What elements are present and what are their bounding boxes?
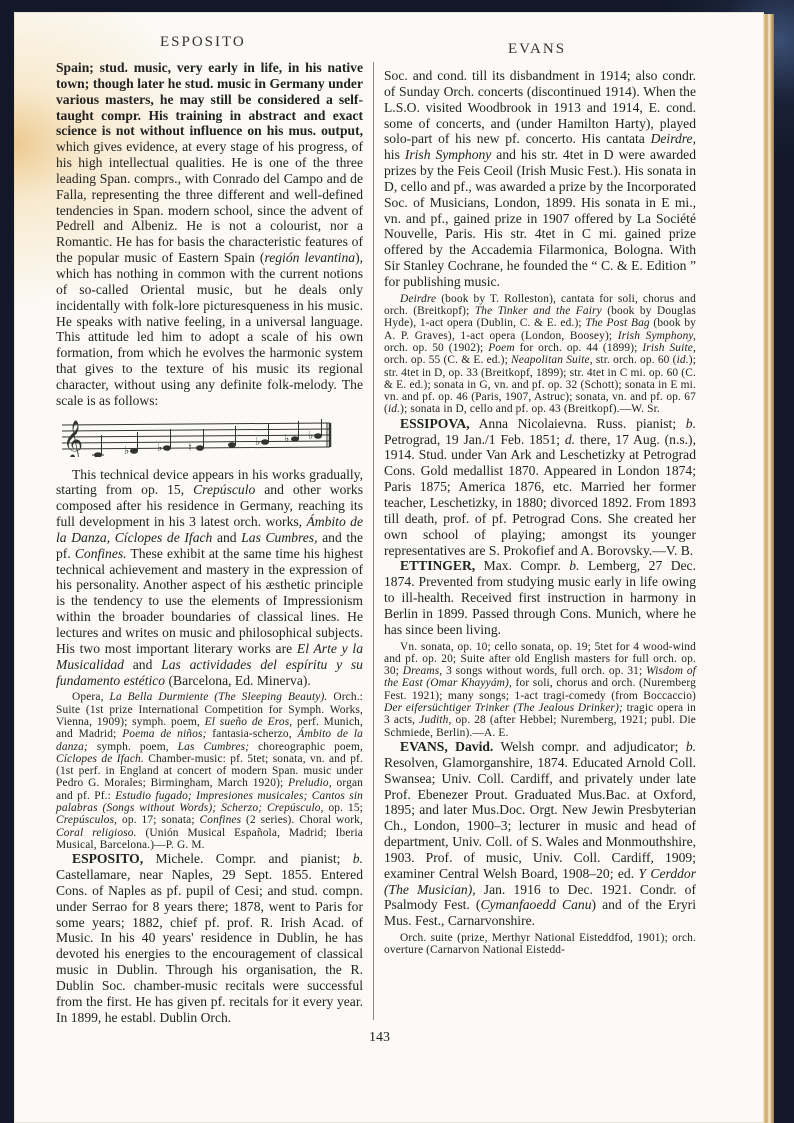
page-number: 143 <box>369 1030 390 1046</box>
headword: ESSIPOVA, <box>400 416 470 431</box>
entry-ettinger: ETTINGER, Max. Compr. b. Lemberg, 27 Dec… <box>384 558 696 637</box>
paragraph-esposito-michele-cont: Soc. and cond. till its disbandment in 1… <box>384 68 696 290</box>
entry-evans-david: EVANS, David. Welsh compr. and adjudicat… <box>384 739 696 929</box>
right-column: Soc. and cond. till its disbandment in 1… <box>384 68 696 957</box>
column-divider <box>373 62 374 1020</box>
treble-clef-icon: 𝄞 <box>63 420 83 457</box>
paragraph-esposito-eduardo-cont: Spain; stud. music, very early in life, … <box>56 60 363 409</box>
svg-text:♭: ♭ <box>284 432 289 445</box>
paragraph-technical-device: This technical device appears in his wor… <box>56 467 363 689</box>
music-scale-staff: 𝄞 ♭ ♭ ♮ ♭ ♭ ♭ <box>62 419 332 457</box>
svg-text:♭: ♭ <box>157 441 162 454</box>
entry-esposito-michele: ESPOSITO, Michele. Compr. and pianist; b… <box>56 851 363 1025</box>
svg-text:♭: ♭ <box>124 444 129 457</box>
works-list-esposito-michele: Deirdre (book by T. Rolleston), cantata … <box>384 293 696 416</box>
works-list-ettinger: Vn. sonata, op. 10; cello sonata, op. 19… <box>384 641 696 739</box>
works-list-esposito-eduardo: Opera, La Bella Durmiente (The Sleeping … <box>56 691 363 851</box>
running-head-right: EVANS <box>508 41 566 58</box>
svg-text:♮: ♮ <box>188 441 192 454</box>
svg-text:♭: ♭ <box>308 429 313 442</box>
book-page-edges <box>764 14 774 1123</box>
left-column: Spain; stud. music, very early in life, … <box>56 60 363 1026</box>
svg-text:♭: ♭ <box>255 435 260 448</box>
music-scale-notation: 𝄞 ♭ ♭ ♮ ♭ ♭ ♭ <box>62 419 332 457</box>
bold-lead: Spain; stud. music, very early in life, … <box>56 60 363 138</box>
running-head-left: ESPOSITO <box>160 34 246 51</box>
works-list-evans: Orch. suite (prize, Merthyr National Eis… <box>384 932 696 957</box>
headword: EVANS, <box>400 739 448 754</box>
headword: ETTINGER, <box>400 558 475 573</box>
entry-essipova: ESSIPOVA, Anna Nicolaievna. Russ. pianis… <box>384 416 696 559</box>
headword: ESPOSITO, <box>72 851 143 866</box>
